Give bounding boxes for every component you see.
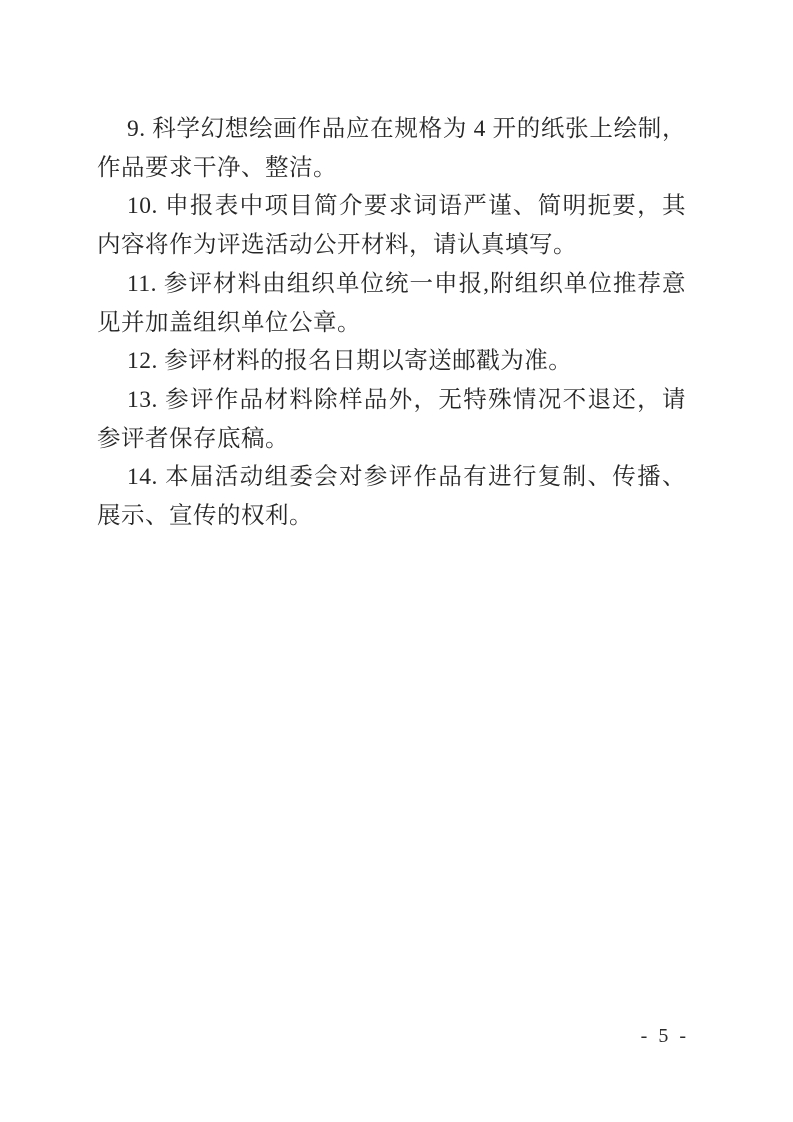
list-item-13: 13. 参评作品材料除样品外，无特殊情况不退还，请参评者保存底稿。 xyxy=(97,381,686,458)
list-item-11: 11. 参评材料由组织单位统一申报,附组织单位推荐意见并加盖组织单位公章。 xyxy=(97,265,686,342)
list-item-9: 9. 科学幻想绘画作品应在规格为 4 开的纸张上绘制，作品要求干净、整洁。 xyxy=(97,110,686,187)
document-page: 9. 科学幻想绘画作品应在规格为 4 开的纸张上绘制，作品要求干净、整洁。 10… xyxy=(0,0,793,1122)
list-item-12: 12. 参评材料的报名日期以寄送邮戳为准。 xyxy=(97,342,686,381)
page-number: - 5 - xyxy=(641,1025,689,1048)
list-item-10: 10. 申报表中项目简介要求词语严谨、简明扼要，其内容将作为评选活动公开材料，请… xyxy=(97,187,686,264)
document-body: 9. 科学幻想绘画作品应在规格为 4 开的纸张上绘制，作品要求干净、整洁。 10… xyxy=(97,110,686,536)
list-item-14: 14. 本届活动组委会对参评作品有进行复制、传播、展示、宣传的权利。 xyxy=(97,458,686,535)
